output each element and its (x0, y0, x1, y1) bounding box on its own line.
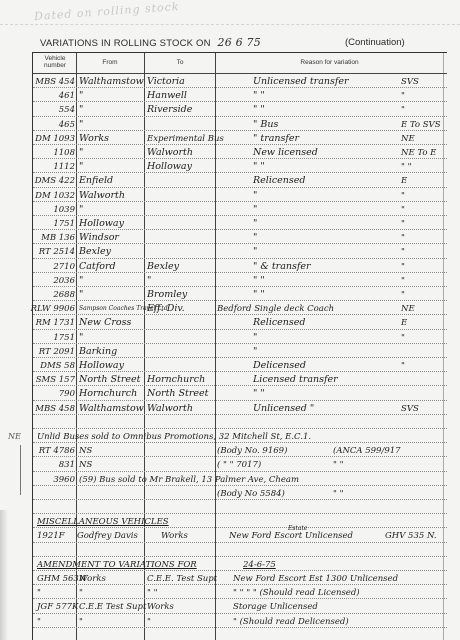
ruled-line (33, 101, 447, 102)
vehicle-number: DMS 422 (35, 175, 75, 187)
reason-text: " & transfer (253, 261, 311, 273)
reason-text: " (253, 218, 257, 230)
header-rule (33, 73, 447, 74)
from-location: Bexley (79, 246, 111, 258)
vehicle-number: 1921F (37, 530, 65, 542)
from-location: " (79, 332, 83, 344)
from-location: New Cross (79, 317, 131, 329)
from-location: Catford (79, 261, 116, 273)
reason-text: " (253, 346, 257, 358)
from-location: C.E.E Test Supt (79, 601, 146, 613)
reason-text: " (253, 232, 257, 244)
ruled-line (33, 513, 447, 514)
from-location: " (79, 104, 83, 116)
vehicle-number: " (37, 587, 41, 599)
page-title: VARIATIONS IN ROLLING STOCK ON 26 6 75 (40, 36, 261, 49)
vehicle-number: 461 (59, 90, 75, 102)
to-location: North Street (147, 388, 208, 400)
vehicle-number: 2710 (53, 261, 75, 273)
reason-text: " " (253, 388, 265, 400)
garage-code: " (401, 261, 405, 273)
amendment-date: 24-6-75 (243, 559, 276, 571)
col-header-to: To (145, 59, 215, 66)
reason-text: New Ford Escort Est 1300 Unlicensed (233, 573, 398, 585)
from-location: " (79, 119, 83, 131)
garage-code: " (401, 360, 405, 372)
vehicle-number: DM 1093 (35, 133, 75, 145)
ruled-line (33, 172, 447, 173)
to-location: " (147, 616, 151, 628)
from-location: " (79, 275, 83, 287)
garage-code: " (401, 218, 405, 230)
from-location: Works (79, 133, 109, 145)
faint-rule (0, 24, 460, 25)
reason-text: Unlicensed " (253, 403, 314, 415)
garage-code: " (401, 275, 405, 287)
sale-detail: (Body No 5584) (217, 488, 285, 500)
garage-code: " (401, 332, 405, 344)
sale-extra: " " (333, 459, 344, 471)
from-location: Walthamstow (79, 403, 144, 415)
to-location: Riverside (147, 104, 192, 116)
from-location: " (79, 616, 83, 628)
to-location: Hornchurch (147, 374, 205, 386)
to-location: Works (161, 530, 188, 542)
reason-text: " " (253, 90, 265, 102)
reason-insert: Estate (288, 523, 307, 535)
continuation-label: (Continuation) (345, 37, 405, 48)
sale-detail: (59) Bus sold to Mr Brakell, 13 Palmer A… (79, 474, 299, 486)
to-location: " (147, 275, 151, 287)
ruled-line (33, 343, 447, 344)
margin-note: NE (8, 432, 21, 441)
vehicle-number: 1039 (53, 204, 75, 216)
from-location: Holloway (79, 218, 124, 230)
from-location: Hornchurch (79, 388, 137, 400)
garage-code: " (401, 204, 405, 216)
to-location: Holloway (147, 161, 192, 173)
vehicle-number: 2036 (53, 275, 75, 287)
garage-code: " (401, 90, 405, 102)
reason-text: " (253, 204, 257, 216)
from-location: NS (79, 445, 92, 457)
reason-text: " (253, 246, 257, 258)
from-location: Enfield (79, 175, 113, 187)
document-page: Dated on rolling stock VARIATIONS IN ROL… (0, 0, 460, 640)
from-location: Holloway (79, 360, 124, 372)
vehicle-number: MBS 458 (35, 403, 75, 415)
from-location: Walworth (79, 190, 125, 202)
ruled-line (33, 215, 447, 216)
vehicle-number: MBS 454 (35, 76, 75, 88)
from-location: Godfrey Davis (77, 530, 138, 542)
sale-extra: " " (333, 488, 344, 500)
to-location: Works (147, 601, 174, 613)
faint-top-note: Dated on rolling stock (34, 0, 180, 23)
to-location: Walworth (147, 403, 193, 415)
reason-text: Relicensed (253, 175, 306, 187)
misc-heading: MISCELLANEOUS VEHICLES (37, 516, 169, 528)
garage-code: " (401, 289, 405, 301)
garage-code: " (401, 232, 405, 244)
from-location: Works (79, 573, 106, 585)
vehicle-number: 2688 (53, 289, 75, 301)
to-location: Bromley (147, 289, 187, 301)
vehicle-number: " (37, 616, 41, 628)
vehicle-number: JGF 577K (37, 601, 78, 613)
garage-code: " (401, 104, 405, 116)
to-location: Victoria (147, 76, 185, 88)
reason-text: Bedford Single deck Coach (217, 303, 334, 315)
reason-text: " " (253, 289, 265, 301)
ruled-line (33, 130, 447, 131)
garage-code: SVS (401, 76, 419, 88)
ruled-line (33, 300, 447, 301)
vehicle-number: MB 136 (41, 232, 75, 244)
vehicle-number: RM 1731 (36, 317, 75, 329)
col-header-reason: Reason for variation (216, 59, 443, 66)
scan-shadow (0, 510, 8, 640)
garage-code: NE To E (401, 147, 436, 159)
vehicle-number: RT 2514 (39, 246, 75, 258)
registration: GHV 535 N. (385, 530, 437, 542)
to-location: C.E.E. Test Supt (147, 573, 217, 585)
reason-text: " (253, 332, 257, 344)
reason-text: " transfer (253, 133, 299, 145)
ruled-line (33, 158, 447, 159)
vehicle-number: 1112 (53, 161, 75, 173)
amendment-heading: AMENDMENT TO VARIATIONS FOR (37, 559, 197, 571)
garage-code: NE (401, 133, 415, 145)
to-location: Walworth (147, 147, 193, 159)
reason-text: Storage Unlicensed (233, 601, 318, 613)
sale-extra: (ANCA 599/917 (333, 445, 401, 457)
vehicle-number: 465 (59, 119, 75, 131)
garage-code: E (401, 317, 407, 329)
from-location: Barking (79, 346, 117, 358)
garage-code: SVS (401, 403, 419, 415)
vehicle-number: RLW 9906 (31, 303, 75, 315)
ruled-line (33, 286, 447, 287)
from-location: " (79, 161, 83, 173)
garage-code: " " (401, 161, 412, 173)
ruled-line (33, 428, 447, 429)
vehicle-number: 3960 (53, 474, 75, 486)
to-location: " " (147, 587, 158, 599)
vehicle-number: 831 (59, 459, 75, 471)
vehicle-number: 790 (59, 388, 75, 400)
from-location: " (79, 90, 83, 102)
garage-code: NE (401, 303, 415, 315)
sale-detail: ( " " 7017) (217, 459, 261, 471)
reason-text: " (253, 190, 257, 202)
column-divider (443, 53, 444, 640)
to-location: Eff. Div. (147, 303, 185, 315)
to-location: Experimental Bus (147, 133, 224, 145)
vehicle-number: DMS 58 (40, 360, 75, 372)
from-location: Windsor (79, 232, 119, 244)
reason-text: New licensed (253, 147, 318, 159)
sale-detail: (Body No. 9169) (217, 445, 287, 457)
vehicle-number: RT 4786 (39, 445, 75, 457)
col-header-vehicle: Vehicle number (35, 55, 75, 69)
reason-text: " (Should read Delicensed) (233, 616, 349, 628)
reason-text: " " (253, 275, 265, 287)
vehicle-number: 1751 (53, 332, 75, 344)
vehicle-number: 554 (59, 104, 75, 116)
margin-bracket (20, 445, 21, 495)
vehicle-number: SMS 157 (36, 374, 75, 386)
reason-text: Licensed transfer (253, 374, 338, 386)
from-location: NS (79, 459, 92, 471)
sold-heading: Unlid Buses sold to Omnibus Promotions, … (37, 431, 311, 443)
garage-code: E (401, 175, 407, 187)
ruled-line (33, 116, 447, 117)
ruled-line (33, 556, 447, 557)
title-date: 26 6 75 (218, 36, 261, 49)
reason-text: " " (253, 161, 265, 173)
to-location: Bexley (147, 261, 179, 273)
vehicle-number: 1751 (53, 218, 75, 230)
column-divider (144, 53, 145, 640)
from-location: Walthamstow (79, 76, 144, 88)
from-location: North Street (79, 374, 140, 386)
reason-text: " " (253, 104, 265, 116)
variations-table: Vehicle number From To Reason for variat… (32, 52, 447, 640)
vehicle-number: RT 2091 (39, 346, 75, 358)
garage-code: " (401, 246, 405, 258)
from-location: " (79, 204, 83, 216)
column-divider (76, 53, 77, 640)
to-location: Hanwell (147, 90, 187, 102)
reason-text: Unlicensed transfer (253, 76, 349, 88)
col-header-from: From (77, 59, 143, 66)
garage-code: " (401, 190, 405, 202)
reason-text: Delicensed (253, 360, 306, 372)
vehicle-number: 1108 (53, 147, 75, 159)
from-location: " (79, 147, 83, 159)
vehicle-number: DM 1032 (35, 190, 75, 202)
from-location: " (79, 587, 83, 599)
from-location: " (79, 289, 83, 301)
reason-text: " " " " (Should read Licensed) (233, 587, 360, 599)
garage-code: E To SVS (401, 119, 441, 131)
reason-text: Relicensed (253, 317, 306, 329)
title-text: VARIATIONS IN ROLLING STOCK ON (40, 38, 211, 49)
reason-text: " Bus (253, 119, 278, 131)
